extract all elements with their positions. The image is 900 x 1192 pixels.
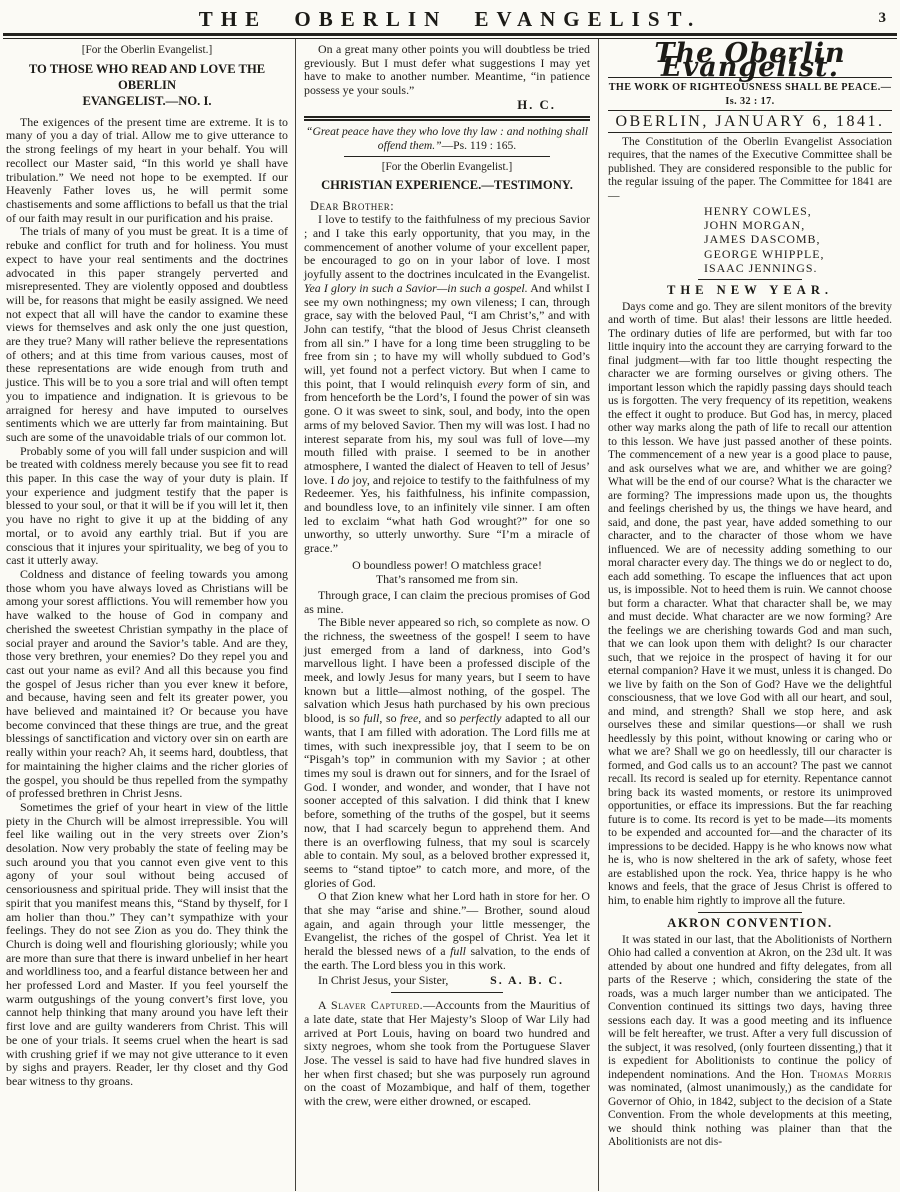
heading-akron-convention: AKRON CONVENTION.	[608, 917, 892, 931]
committee-member: GEORGE WHIPPLE,	[704, 247, 892, 261]
dateline-rule	[608, 132, 892, 133]
motto-rule	[608, 110, 892, 111]
column-layout: [For the Oberlin Evangelist.] TO THOSE W…	[0, 39, 900, 1191]
article-title-line2: EVANGELIST.—NO. I.	[82, 94, 211, 108]
epigraph-rule	[344, 156, 550, 157]
paragraph: Sometimes the grief of your heart in vie…	[6, 801, 288, 1089]
verse-line2: That’s ransomed me from sin.	[376, 572, 518, 586]
committee-member: JAMES DASCOMB,	[704, 232, 892, 246]
page-title: THE OBERLIN EVANGELIST.	[0, 7, 900, 32]
newspaper-page: THE OBERLIN EVANGELIST. 3 [For the Oberl…	[0, 0, 900, 1192]
paper-nameplate: The Oberlin Evangelist.	[608, 47, 892, 74]
paragraph-continuation: On a great many other points you will do…	[304, 43, 590, 98]
paper-motto: THE WORK OF RIGHTEOUSNESS SHALL BE PEACE…	[608, 81, 892, 108]
paragraph: Coldness and distance of feeling towards…	[6, 568, 288, 801]
column-3: The Oberlin Evangelist. THE WORK OF RIGH…	[599, 39, 900, 1191]
article-akron-convention: It was stated in our last, that the Abol…	[608, 934, 892, 1150]
article-title-line1: TO THOSE WHO READ AND LOVE THE OBERLIN	[29, 62, 265, 92]
paragraph: The Bible never appeared so rich, so com…	[304, 616, 590, 890]
news-item-slaver: A Slaver Captured.—Accounts from the Mau…	[304, 999, 590, 1109]
page-number: 3	[879, 10, 887, 27]
article-new-year: Days come and go. They are silent monito…	[608, 301, 892, 909]
paragraph: Through grace, I can claim the precious …	[304, 589, 590, 616]
contribution-line: [For the Oberlin Evangelist.]	[6, 44, 288, 58]
column-1: [For the Oberlin Evangelist.] TO THOSE W…	[0, 39, 296, 1191]
hymn-verse: O boundless power! O matchless grace! Th…	[304, 558, 590, 586]
heading-new-year: THE NEW YEAR.	[608, 284, 892, 298]
section-rule	[698, 279, 802, 280]
paragraph: O that Zion knew what her Lord hath in s…	[304, 890, 590, 972]
committee-intro: The Constitution of the Oberlin Evangeli…	[608, 136, 892, 204]
contribution-line: [For the Oberlin Evangelist.]	[304, 161, 590, 175]
salutation: Dear Brother:	[304, 200, 590, 214]
section-rule	[698, 912, 802, 913]
committee-member: JOHN MORGAN,	[704, 218, 892, 232]
column-2: On a great many other points you will do…	[296, 39, 599, 1191]
paragraph: The exigences of the present time are ex…	[6, 116, 288, 226]
committee-member: HENRY COWLES,	[704, 204, 892, 218]
closing-phrase: In Christ Jesus, your Sister,	[318, 974, 448, 988]
paragraph: I love to testify to the faithfulness of…	[304, 213, 590, 556]
article-title-testimony: CHRISTIAN EXPERIENCE.—TESTIMONY.	[304, 177, 590, 193]
paragraph: Probably some of you will fall under sus…	[6, 445, 288, 568]
closing-initials: S. A. B. C.	[490, 974, 564, 988]
author-initials: H. C.	[304, 99, 590, 113]
article-title-readers: TO THOSE WHO READ AND LOVE THE OBERLIN E…	[6, 61, 288, 110]
masthead-row: THE OBERLIN EVANGELIST. 3	[0, 0, 900, 32]
verse-line1: O boundless power! O matchless grace!	[352, 558, 542, 572]
committee-list: HENRY COWLES, JOHN MORGAN, JAMES DASCOMB…	[704, 204, 892, 275]
letter-closing: In Christ Jesus, your Sister, S. A. B. C…	[304, 974, 590, 988]
committee-member: ISAAC JENNINGS.	[704, 261, 892, 275]
section-rule-heavy	[304, 116, 590, 121]
scripture-epigraph: “Great peace have they who love thy law …	[304, 125, 590, 153]
issue-dateline: OBERLIN, JANUARY 6, 1841.	[608, 115, 892, 129]
paragraph: The trials of many of you must be great.…	[6, 225, 288, 444]
item-rule	[391, 992, 503, 993]
